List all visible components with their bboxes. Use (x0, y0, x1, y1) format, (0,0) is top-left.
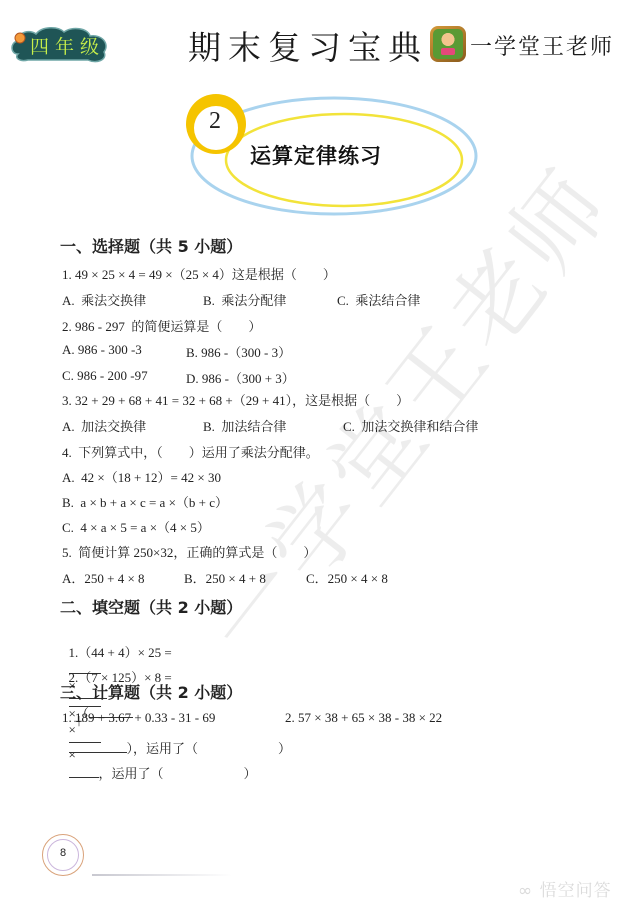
question-2-option-a: A. 986 - 300 -3 (62, 342, 142, 358)
teacher-avatar-icon (433, 29, 463, 59)
fill-2-answer-blank[interactable] (198, 741, 278, 753)
question-2-option-c: C. 986 - 200 -97 (62, 368, 148, 384)
question-3-option-c: C. 加法交换律和结合律 (343, 416, 478, 435)
question-3-option-b: B. 加法结合律 (203, 416, 286, 435)
fill-1-suffix: ，运用了（ (99, 766, 164, 781)
fill-2-blank-3[interactable] (69, 740, 127, 753)
question-5-option-a: A．250 + 4 × 8 (62, 568, 145, 587)
question-2-option-d: D. 986 -（300 + 3） (186, 368, 295, 387)
question-3-option-a: A. 加法交换律 (62, 416, 146, 435)
calc-question-1: 1. 189 + 3.67 + 0.33 - 31 - 69 (62, 710, 215, 726)
question-5-stem: 5. 简便计算 250×32，正确的算式是（ ） (62, 542, 316, 561)
fill-question-2: 2.（7 × 125）× 8 = ×（ × ），运用了（） (62, 651, 291, 757)
question-4-option-c: C. 4 × a × 5 = a ×（4 × 5） (62, 517, 210, 536)
section-heading-fill: 二、填空题（共 2 小题） (60, 595, 242, 618)
footer-divider (92, 874, 232, 876)
question-1-stem: 1. 49 × 25 × 4 = 49 ×（25 × 4）这是根据（ ） (62, 264, 336, 283)
calc-question-2: 2. 57 × 38 + 65 × 38 - 38 × 22 (285, 710, 442, 726)
question-1-option-b: B. 乘法分配律 (203, 290, 286, 309)
chapter-title: 运算定律练习 (250, 140, 382, 170)
question-4-stem: 4. 下列算式中，（ ）运用了乘法分配律。 (62, 442, 319, 461)
question-5-option-c: C．250 × 4 × 8 (306, 568, 388, 587)
question-5-option-b: B．250 × 4 + 8 (184, 568, 266, 587)
question-2-stem: 2. 986 - 297 的简便运算是（ ） (62, 316, 261, 335)
grade-label: 四年级 (30, 32, 105, 59)
author-name: 一学堂王老师 (470, 30, 614, 61)
question-4-option-b: B. a × b + a × c = a ×（b + c） (62, 492, 228, 511)
question-2-option-b: B. 986 -（300 - 3） (186, 342, 291, 361)
question-4-option-a: A. 42 ×（18 + 12）= 42 × 30 (62, 467, 221, 486)
fill-1-blank-4[interactable] (69, 765, 99, 778)
brand-watermark: ∞ 悟空问答 (518, 876, 612, 901)
brand-watermark-text: 悟空问答 (540, 881, 612, 901)
author-avatar (430, 26, 466, 62)
section-heading-choice: 一、选择题（共 5 小题） (60, 234, 242, 257)
page-number: 8 (42, 847, 84, 859)
close-paren: ） (244, 766, 257, 781)
question-3-stem: 3. 32 + 29 + 68 + 41 = 32 + 68 +（29 + 41… (62, 390, 409, 409)
close-paren: ） (278, 741, 291, 756)
chat-bubble-icon: ∞ (518, 881, 540, 901)
chapter-number: 2 (200, 108, 230, 135)
section-heading-calc: 三、计算题（共 2 小题） (60, 680, 242, 703)
fill-1-answer-blank[interactable] (164, 766, 244, 778)
question-1-option-a: A. 乘法交换律 (62, 290, 146, 309)
grade-badge: 四年级 (8, 24, 112, 64)
book-title: 期末复习宝典 (188, 22, 428, 69)
fill-2-suffix: ），运用了（ (127, 741, 199, 756)
question-1-option-c: C. 乘法结合律 (337, 290, 420, 309)
